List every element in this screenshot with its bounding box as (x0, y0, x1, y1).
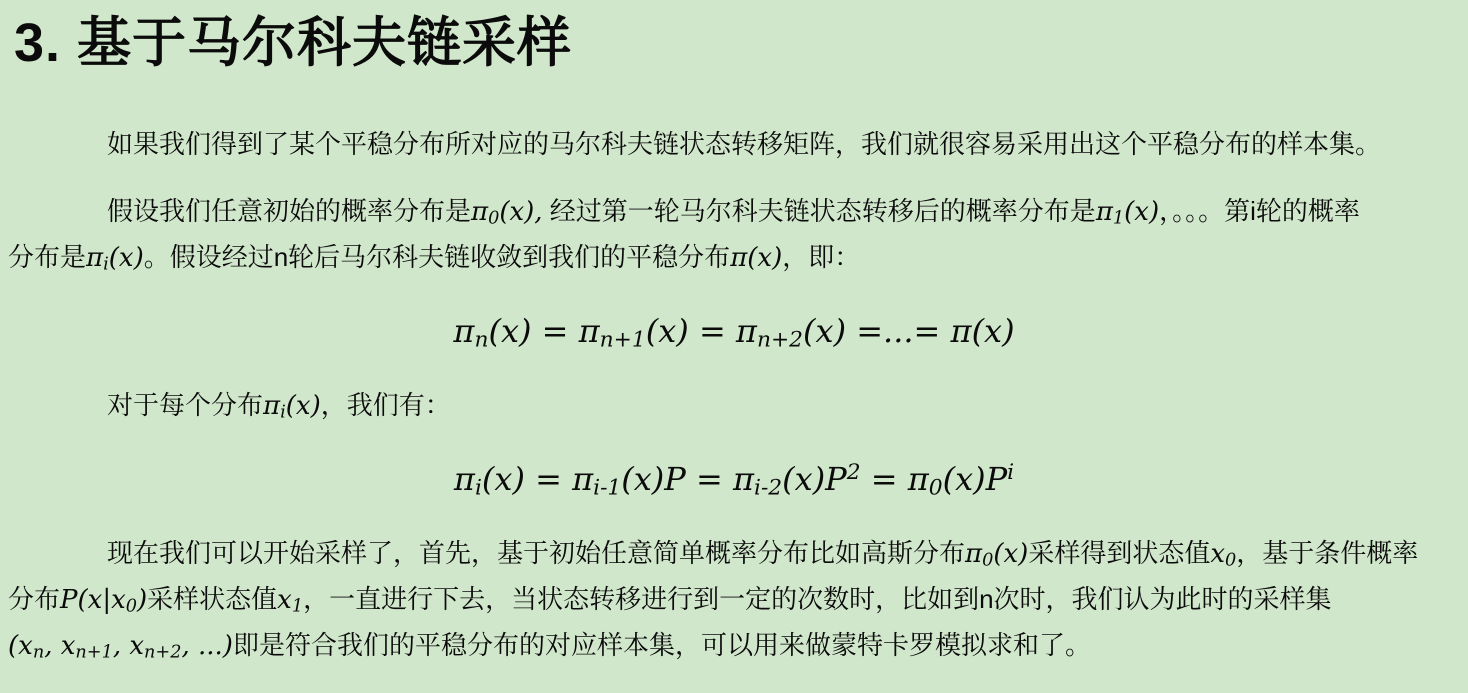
formula-transition-power: πi(x) = πi-1(x)P = πi-2(x)P2 = π0(x)Pi (8, 451, 1460, 507)
inline-math: πi(x) (86, 243, 144, 273)
paragraph-each-distribution: 对于每个分布πi(x)，我们有： (8, 383, 1460, 429)
inline-math: πi(x) (263, 391, 321, 421)
paragraph-intro: 如果我们得到了某个平稳分布所对应的马尔科夫链状态转移矩阵，我们就很容易采用出这个… (8, 122, 1460, 167)
inline-math: π1(x) (1096, 197, 1159, 227)
inline-math: x0 (1210, 539, 1236, 569)
paragraph-initial-distribution: 假设我们任意初始的概率分布是π0(x), 经过第一轮马尔科夫链状态转移后的概率分… (8, 189, 1460, 281)
inline-math: π(x) (730, 243, 782, 273)
page-title: 3. 基于马尔科夫链采样 (8, 4, 1460, 82)
inline-math: (xn, xn+1, xn+2, ...) (8, 631, 233, 661)
paragraph-sampling-procedure: 现在我们可以开始采样了，首先，基于初始任意简单概率分布比如高斯分布π0(x)采样… (8, 531, 1460, 669)
inline-math: x1 (277, 585, 303, 615)
formula-stationary-convergence: πn(x) = πn+1(x) = πn+2(x) =...= π(x) (8, 303, 1460, 359)
inline-math: π0(x), (471, 197, 543, 227)
inline-math: P(x|x0) (60, 585, 147, 615)
inline-math: π0(x) (965, 539, 1028, 569)
article: 3. 基于马尔科夫链采样 如果我们得到了某个平稳分布所对应的马尔科夫链状态转移矩… (0, 0, 1468, 669)
